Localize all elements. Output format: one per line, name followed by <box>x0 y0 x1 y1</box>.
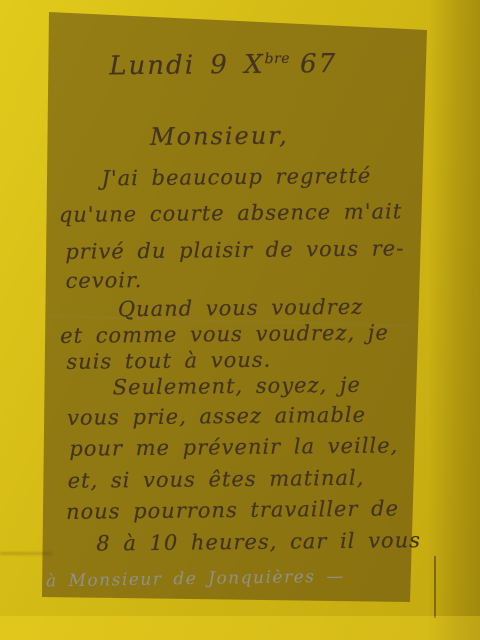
letter-body-line: vous prie, assez aimable <box>67 403 366 430</box>
letter-date-line: Lundi 9 Xbre67 <box>109 49 337 81</box>
letter-body-line: nous pourrons travailler de <box>66 496 399 523</box>
letter-body-line: privé du plaisir de vous re- <box>65 236 404 264</box>
letter-body-line: Quand vous voudrez <box>118 295 364 322</box>
date-text: Lundi 9 X <box>109 50 265 82</box>
letter-body-line: 8 à 10 heures, car il vous <box>96 528 421 555</box>
letter-body-line: et, si vous êtes matinal, <box>68 466 365 493</box>
handwriting-layer: Lundi 9 Xbre67 Monsieur, J'ai beaucoup r… <box>0 0 480 640</box>
letter-body-line: cevoir. <box>65 268 142 293</box>
letter-body-line: et comme vous voudrez, je <box>60 320 389 347</box>
date-year: 67 <box>300 49 337 79</box>
letter-body-line: suis tout à vous. <box>66 348 271 374</box>
letter-body-line: J'ai beaucoup regretté <box>101 164 371 191</box>
letter-photograph: Lundi 9 Xbre67 Monsieur, J'ai beaucoup r… <box>0 0 480 640</box>
letter-body-line: pour me prévenir la veille, <box>69 433 398 460</box>
letter-salutation: Monsieur, <box>150 121 289 150</box>
letter-body-line: qu'une courte absence m'ait <box>59 199 403 227</box>
letter-body-line: Seulement, soyez, je <box>113 373 361 400</box>
date-superscript: bre <box>264 51 290 67</box>
